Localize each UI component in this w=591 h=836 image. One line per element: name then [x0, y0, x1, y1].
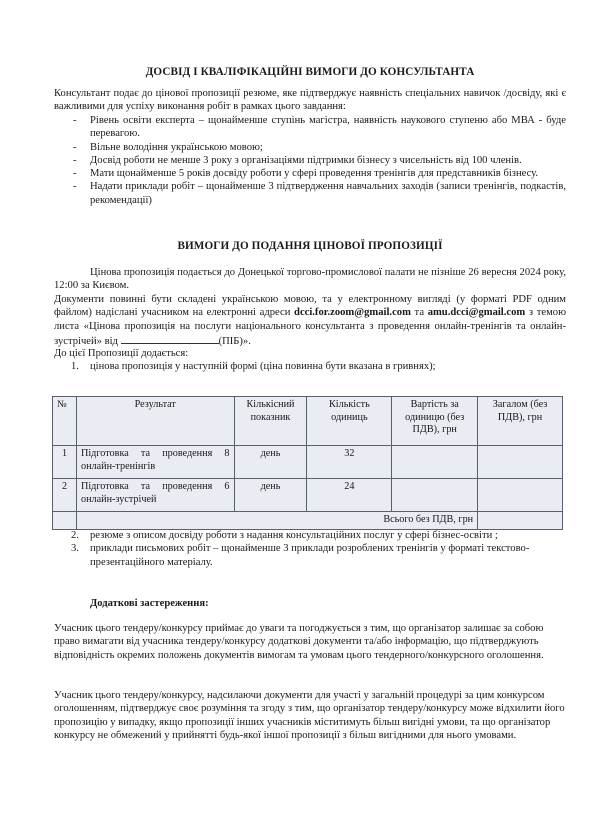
col-header-indicator: Кількісний показник	[234, 397, 307, 446]
list-item: -Вільне володіння українською мовою;	[54, 141, 566, 154]
table-row: 1 Підготовка та проведення 8 онлайн-трен…	[53, 446, 563, 479]
price-table: № Результат Кількісний показник Кількіст…	[52, 396, 563, 530]
table-total-row: Всього без ПДВ, грн	[53, 512, 563, 530]
attached-label: До цієї Пропозиції додається:	[54, 347, 566, 360]
list-item: -Надати приклади робіт – щонайменше 3 пі…	[54, 180, 566, 207]
section-title-submission: ВИМОГИ ДО ПОДАННЯ ЦІНОВОЇ ПРОПОЗИЦІЇ	[54, 240, 566, 253]
list-item: 1.цінова пропозиція у наступній формі (ц…	[54, 360, 566, 373]
grand-total-cell	[478, 512, 563, 530]
list-item: -Мати щонайменше 5 років досвіду роботи …	[54, 167, 566, 180]
unit-price-cell	[392, 446, 478, 479]
qualifications-intro: Консультант подає до цінової пропозиції …	[54, 87, 566, 114]
name-blank-line	[121, 333, 219, 344]
table-header-row: № Результат Кількісний показник Кількіст…	[53, 397, 563, 446]
total-label: Всього без ПДВ, грн	[76, 512, 477, 530]
terms-paragraph-1: Учасник цього тендеру/конкурсу приймає д…	[54, 622, 566, 662]
total-cell	[478, 446, 563, 479]
list-item: -Рівень освіти експерта – щонайменше сту…	[54, 114, 566, 141]
email-link-amu[interactable]: amu.dcci@gmail.com	[428, 307, 526, 318]
col-header-quantity: Кількість одиниць	[307, 397, 392, 446]
col-header-total: Загалом (без ПДВ), грн	[478, 397, 563, 446]
col-header-unit-price: Вартість за одиницю (без ПДВ), грн	[392, 397, 478, 446]
documents-paragraph: Документи повинні бути складені українсь…	[54, 293, 566, 348]
list-item: 2.резюме з описом досвіду роботи з надан…	[54, 529, 566, 542]
additional-terms-title: Додаткові застереження:	[90, 597, 566, 610]
unit-price-cell	[392, 479, 478, 512]
deadline-paragraph: Цінова пропозиція подається до Донецької…	[54, 266, 566, 293]
col-header-number: №	[53, 397, 77, 446]
attachments-list-2: 2.резюме з описом досвіду роботи з надан…	[54, 529, 566, 569]
table-row: 2 Підготовка та проведення 6 онлайн-зуст…	[53, 479, 563, 512]
col-header-result: Результат	[76, 397, 234, 446]
section-title-qualifications: ДОСВІД І КВАЛІФІКАЦІЙНІ ВИМОГИ ДО КОНСУЛ…	[54, 66, 566, 79]
requirements-list: -Рівень освіти експерта – щонайменше сту…	[54, 114, 566, 207]
terms-paragraph-2: Учасник цього тендеру/конкурсу, надсилаю…	[54, 689, 566, 742]
attachments-list-1: 1.цінова пропозиція у наступній формі (ц…	[54, 360, 566, 373]
list-item: -Досвід роботи не менше 3 року з організ…	[54, 154, 566, 167]
list-item: 3.приклади письмових робіт – щонайменше …	[54, 542, 566, 569]
total-cell	[478, 479, 563, 512]
email-link-zoom[interactable]: dcci.for.zoom@gmail.com	[294, 307, 411, 318]
